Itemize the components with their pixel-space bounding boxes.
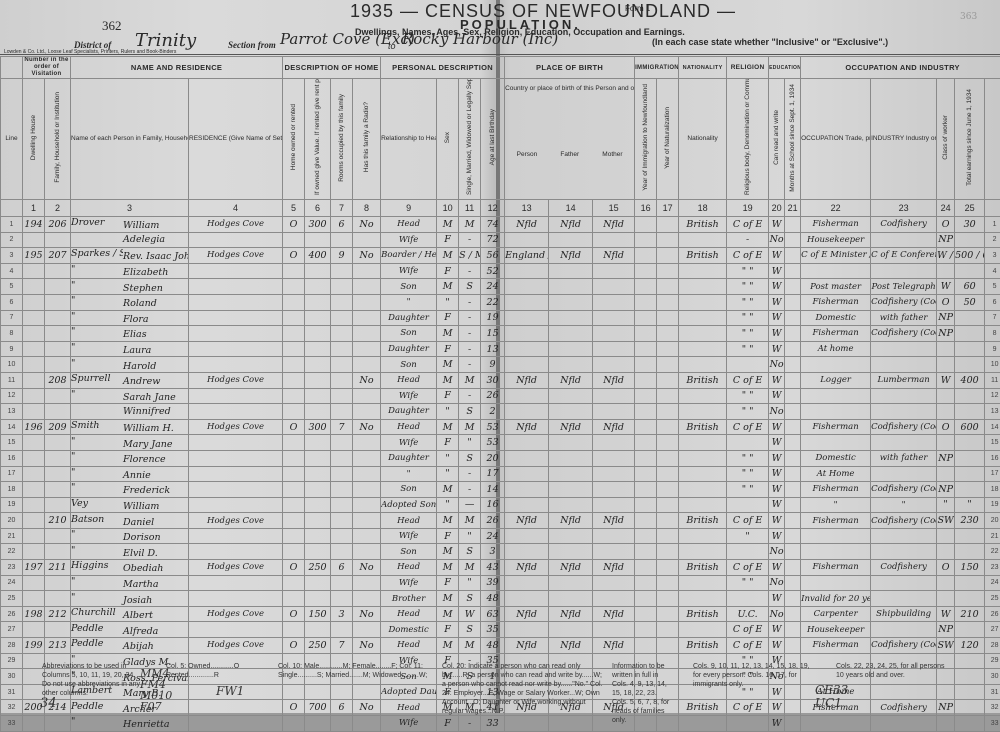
cell-c8 bbox=[353, 528, 381, 544]
cell-c6 bbox=[305, 497, 331, 513]
cell-c17 bbox=[657, 497, 679, 513]
cell-c7: 7 bbox=[331, 419, 353, 435]
person-name: VeyWilliam bbox=[71, 497, 189, 513]
cell-c20: W bbox=[769, 294, 785, 310]
cell-c22: Fisherman bbox=[801, 482, 871, 498]
cell-c11: " bbox=[459, 575, 481, 591]
group-visitation: Number in the order of Visitation bbox=[23, 57, 71, 79]
cell-c24 bbox=[937, 684, 955, 700]
column-number-row: 1 2 3 4 5 6 7 8 9 10 11 12 13 14 15 16 1… bbox=[1, 200, 1000, 217]
group-name-residence: NAME AND RESIDENCE bbox=[71, 57, 283, 79]
cell-c13 bbox=[505, 232, 549, 248]
person-name: Winnifred bbox=[71, 404, 189, 420]
cell-c24 bbox=[937, 357, 955, 373]
cell-c6 bbox=[305, 263, 331, 279]
cell-c11: - bbox=[459, 263, 481, 279]
cell-c14 bbox=[549, 294, 593, 310]
colnum-24: 24 bbox=[937, 200, 955, 217]
cell-c20: W bbox=[769, 497, 785, 513]
cell-c9: Wife bbox=[381, 388, 437, 404]
cell-c15: Nfld bbox=[593, 419, 635, 435]
cell-c7: 6 bbox=[331, 700, 353, 713]
surname: Spurrell bbox=[71, 373, 123, 384]
cell-c16 bbox=[635, 435, 657, 451]
cell-c15: Nfld bbox=[593, 638, 635, 654]
colnum-13: 13 bbox=[505, 200, 549, 217]
cell-c15 bbox=[593, 482, 635, 498]
line-number: 21 bbox=[1, 528, 23, 544]
cell-c17 bbox=[657, 560, 679, 576]
cell-c21 bbox=[785, 248, 801, 264]
cell-c25 bbox=[955, 684, 985, 700]
colnum-11: 11 bbox=[459, 200, 481, 217]
cell-c4 bbox=[189, 310, 283, 326]
cell-c25: 120 bbox=[955, 638, 985, 654]
cell-c13 bbox=[505, 263, 549, 279]
table-row: 26198212ChurchillAlbertHodges CoveO1503N… bbox=[1, 606, 1000, 622]
cell-c8: No bbox=[353, 372, 381, 388]
group-religion: RELIGION bbox=[727, 57, 769, 79]
cell-c13 bbox=[505, 575, 549, 591]
person-name: "Sarah Jane bbox=[71, 388, 189, 404]
cell-c11: - bbox=[459, 388, 481, 404]
cell-c17 bbox=[657, 310, 679, 326]
cell-c15 bbox=[593, 544, 635, 560]
colnum-25: 25 bbox=[955, 200, 985, 217]
cell-c1 bbox=[23, 450, 45, 466]
cell-c24: O bbox=[937, 419, 955, 435]
cell-c11: - bbox=[459, 341, 481, 357]
surname: " bbox=[71, 358, 123, 369]
col-8: Has this family a Radio? bbox=[353, 79, 381, 200]
cell-c14 bbox=[549, 404, 593, 420]
cell-c19: C of E bbox=[727, 372, 769, 388]
cell-c6 bbox=[305, 357, 331, 373]
cell-c20: No bbox=[769, 357, 785, 373]
cell-c1 bbox=[23, 388, 45, 404]
cell-c10: " bbox=[437, 404, 459, 420]
cell-c22: Fisherman bbox=[801, 513, 871, 529]
cell-c2 bbox=[45, 482, 71, 498]
cell-c25 bbox=[955, 404, 985, 420]
cell-c16 bbox=[635, 217, 657, 233]
cell-c20: No bbox=[769, 606, 785, 622]
cell-c12: 22 bbox=[481, 294, 505, 310]
cell-c6 bbox=[305, 622, 331, 638]
cell-c8 bbox=[353, 310, 381, 326]
cell-c2 bbox=[45, 263, 71, 279]
group-birth: PLACE OF BIRTH bbox=[505, 57, 635, 79]
cell-c9: Adopted Son bbox=[381, 497, 437, 513]
cell-c24: NP bbox=[937, 310, 955, 326]
cell-c11: " bbox=[459, 528, 481, 544]
surname: " bbox=[71, 342, 123, 353]
cell-c5: O bbox=[283, 606, 305, 622]
cell-c7 bbox=[331, 404, 353, 420]
cell-c20: W bbox=[769, 263, 785, 279]
cell-c9: Head bbox=[381, 372, 437, 388]
cell-c7 bbox=[331, 310, 353, 326]
cell-c22 bbox=[801, 357, 871, 373]
cell-c14 bbox=[549, 622, 593, 638]
cell-c23 bbox=[871, 435, 937, 451]
cell-c11: - bbox=[459, 310, 481, 326]
cell-c21 bbox=[785, 513, 801, 529]
cell-c8 bbox=[353, 263, 381, 279]
cell-c19: C of E bbox=[727, 248, 769, 264]
surname: Drover bbox=[71, 217, 123, 228]
given-name: Stephen bbox=[123, 283, 163, 294]
cell-c17 bbox=[657, 606, 679, 622]
cell-c1 bbox=[23, 513, 45, 529]
surname: Peddle bbox=[71, 623, 123, 634]
cell-c6 bbox=[305, 513, 331, 529]
surname: " bbox=[71, 545, 123, 556]
cell-c7: 3 bbox=[331, 606, 353, 622]
line-number-right: 15 bbox=[985, 435, 1000, 451]
cell-c16 bbox=[635, 404, 657, 420]
given-name: Roland bbox=[123, 298, 157, 309]
cell-c5: O bbox=[283, 638, 305, 654]
cell-c7 bbox=[331, 591, 353, 607]
cell-c7 bbox=[331, 450, 353, 466]
cell-c4 bbox=[189, 700, 283, 713]
cell-c25 bbox=[955, 450, 985, 466]
colnum-line bbox=[1, 200, 23, 217]
col-13-label: Person bbox=[517, 151, 538, 159]
line-number: 7 bbox=[1, 310, 23, 326]
col-23: INDUSTRY Industry or Business in which e… bbox=[871, 79, 937, 200]
cell-c7: 7 bbox=[331, 638, 353, 654]
cell-c1 bbox=[23, 482, 45, 498]
cell-c19: C of E bbox=[727, 217, 769, 233]
line-number: 28 bbox=[1, 638, 23, 654]
cell-c25 bbox=[955, 435, 985, 451]
cell-c12: 35 bbox=[481, 622, 505, 638]
cell-c15 bbox=[593, 450, 635, 466]
table-row: 6"Roland""-22" "WFishermanCodfishery (Co… bbox=[1, 294, 1000, 310]
cell-c1 bbox=[23, 591, 45, 607]
cell-c23 bbox=[871, 575, 937, 591]
cell-c4 bbox=[189, 450, 283, 466]
cell-c2 bbox=[45, 591, 71, 607]
cell-c22: Domestic bbox=[801, 450, 871, 466]
surname: " bbox=[71, 389, 123, 400]
cell-c7 bbox=[331, 466, 353, 482]
cell-c14: Nfld bbox=[549, 372, 593, 388]
cell-c17 bbox=[657, 466, 679, 482]
cell-c24 bbox=[937, 388, 955, 404]
cell-c25 bbox=[955, 388, 985, 404]
line-number: 24 bbox=[1, 575, 23, 591]
cell-c19 bbox=[727, 591, 769, 607]
cell-c2 bbox=[45, 310, 71, 326]
cell-c13 bbox=[505, 435, 549, 451]
line-number-right: 26 bbox=[985, 606, 1000, 622]
line-number: 13 bbox=[1, 404, 23, 420]
cell-c11: M bbox=[459, 560, 481, 576]
given-name: Alfreda bbox=[123, 626, 158, 637]
cell-c24 bbox=[937, 466, 955, 482]
col-line: Line bbox=[1, 79, 23, 200]
table-row: 20210BatsonDanielHodges CoveHeadMM26Nfld… bbox=[1, 513, 1000, 529]
cell-c1 bbox=[23, 435, 45, 451]
table-row: 16"FlorenceDaughter"S20" "WDomesticwith … bbox=[1, 450, 1000, 466]
cell-c8 bbox=[353, 326, 381, 342]
cell-c12: 63 bbox=[481, 606, 505, 622]
cell-c23 bbox=[871, 341, 937, 357]
cell-c15 bbox=[593, 279, 635, 295]
table-row: 3195207Sparkes / SmithRev. Isaac JohnHod… bbox=[1, 248, 1000, 264]
cell-c4: Hodges Cove bbox=[189, 217, 283, 233]
cell-c15 bbox=[593, 357, 635, 373]
cell-c24: NP bbox=[937, 232, 955, 248]
cell-c20: W bbox=[769, 638, 785, 654]
line-number-right: 17 bbox=[985, 466, 1000, 482]
line-number: 16 bbox=[1, 450, 23, 466]
footer-col20-24: Col. 20: Indicate a person who can read … bbox=[442, 662, 607, 713]
cell-c17 bbox=[657, 482, 679, 498]
cell-c24: W / O bbox=[937, 248, 955, 264]
cell-c6 bbox=[305, 482, 331, 498]
cell-c8 bbox=[353, 575, 381, 591]
cell-c13 bbox=[505, 341, 549, 357]
cell-c24 bbox=[937, 591, 955, 607]
cell-c6 bbox=[305, 466, 331, 482]
cell-c22: Housekeeper bbox=[801, 232, 871, 248]
cell-c24: O bbox=[937, 217, 955, 233]
cell-c2: 207 bbox=[45, 248, 71, 264]
cell-c1 bbox=[23, 294, 45, 310]
cell-c22: C of E Minister / Fisherman bbox=[801, 248, 871, 264]
cell-c17 bbox=[657, 591, 679, 607]
cell-c13 bbox=[505, 544, 549, 560]
cell-c19 bbox=[727, 544, 769, 560]
cell-c16 bbox=[635, 419, 657, 435]
cell-c12: 17 bbox=[481, 466, 505, 482]
cell-c6: 300 bbox=[305, 217, 331, 233]
cell-c4 bbox=[189, 591, 283, 607]
cell-c20: W bbox=[769, 248, 785, 264]
cell-c14 bbox=[549, 482, 593, 498]
cell-c19: " " bbox=[727, 341, 769, 357]
cell-c8 bbox=[353, 450, 381, 466]
cell-c7 bbox=[331, 544, 353, 560]
tally-note-corner: 34 bbox=[40, 696, 57, 711]
cell-c13 bbox=[505, 450, 549, 466]
cell-c13: Nfld bbox=[505, 606, 549, 622]
line-number-right: 1 bbox=[985, 217, 1000, 233]
cell-c19: C of E bbox=[727, 622, 769, 638]
cell-c25: 30 bbox=[955, 217, 985, 233]
cell-c12: 24 bbox=[481, 528, 505, 544]
colnum-18: 18 bbox=[679, 200, 727, 217]
cell-c12: 19 bbox=[481, 310, 505, 326]
cell-c18: British bbox=[679, 606, 727, 622]
cell-c20: W bbox=[769, 513, 785, 529]
line-number-right: 21 bbox=[985, 528, 1000, 544]
person-name: "Elias bbox=[71, 326, 189, 342]
cell-c25 bbox=[955, 669, 985, 685]
page-number: 362 bbox=[102, 18, 122, 34]
col-11: Single, Married, Widowed or Legally Sepa… bbox=[459, 79, 481, 200]
cell-c1 bbox=[23, 357, 45, 373]
cell-c24 bbox=[937, 544, 955, 560]
colnum-20: 20 bbox=[769, 200, 785, 217]
cell-c16 bbox=[635, 591, 657, 607]
footer-cols-10yrs: Cols. 22, 23, 24, 25, for all persons 10… bbox=[836, 662, 946, 680]
cell-c1 bbox=[23, 497, 45, 513]
cell-c24: SW bbox=[937, 638, 955, 654]
line-number-right: 12 bbox=[985, 388, 1000, 404]
cell-c22: Fisherman bbox=[801, 419, 871, 435]
surname: Batson bbox=[71, 514, 123, 525]
col-13-15: Country or place of birth of this Person… bbox=[505, 79, 635, 200]
line-number-right: 10 bbox=[985, 357, 1000, 373]
surname: " bbox=[71, 311, 123, 322]
cell-c10: F bbox=[437, 232, 459, 248]
cell-c2 bbox=[45, 622, 71, 638]
cell-c2 bbox=[45, 544, 71, 560]
cell-c5 bbox=[283, 466, 305, 482]
cell-c13: Nfld bbox=[505, 217, 549, 233]
cell-c10: M bbox=[437, 419, 459, 435]
line-number-right: 31 bbox=[985, 684, 1000, 700]
given-name: Adelegia bbox=[123, 234, 165, 245]
line-number-right: 14 bbox=[985, 419, 1000, 435]
cell-c25 bbox=[955, 357, 985, 373]
line-number-right: 8 bbox=[985, 326, 1000, 342]
cell-c13 bbox=[505, 326, 549, 342]
cell-c17 bbox=[657, 341, 679, 357]
cell-c14 bbox=[549, 450, 593, 466]
cell-c25: 600 bbox=[955, 419, 985, 435]
cell-c10: F bbox=[437, 310, 459, 326]
cell-c21 bbox=[785, 279, 801, 295]
cell-c19: " " bbox=[727, 310, 769, 326]
cell-c6 bbox=[305, 310, 331, 326]
cell-c12: 24 bbox=[481, 279, 505, 295]
cell-c4 bbox=[189, 528, 283, 544]
cell-c12: 30 bbox=[481, 372, 505, 388]
cell-c10: M bbox=[437, 279, 459, 295]
cell-c16 bbox=[635, 622, 657, 638]
colnum-17: 17 bbox=[657, 200, 679, 217]
cell-c4 bbox=[189, 622, 283, 638]
cell-c23 bbox=[871, 404, 937, 420]
cell-c17 bbox=[657, 544, 679, 560]
cell-c8 bbox=[353, 466, 381, 482]
cell-c12: 39 bbox=[481, 575, 505, 591]
cell-c21 bbox=[785, 450, 801, 466]
cell-c14 bbox=[549, 279, 593, 295]
colnum-16: 16 bbox=[635, 200, 657, 217]
cell-c19: " " bbox=[727, 482, 769, 498]
table-row: 25"JosiahBrotherMS48WInvalid for 20 year… bbox=[1, 591, 1000, 607]
cell-c21 bbox=[785, 497, 801, 513]
cell-c24: W bbox=[937, 279, 955, 295]
col-4: RESIDENCE (Give Name of Settlement. In T… bbox=[189, 79, 283, 200]
cell-c1 bbox=[23, 575, 45, 591]
cell-c19: " " bbox=[727, 388, 769, 404]
cell-c5 bbox=[283, 482, 305, 498]
cell-c18 bbox=[679, 622, 727, 638]
cell-c2 bbox=[45, 341, 71, 357]
cell-c4 bbox=[189, 388, 283, 404]
cell-c11: W bbox=[459, 606, 481, 622]
cell-c22: Fisherman bbox=[801, 326, 871, 342]
cell-c23: Codfishery (Cod) bbox=[871, 482, 937, 498]
cell-c20: W bbox=[769, 341, 785, 357]
cell-c22: Domestic bbox=[801, 310, 871, 326]
cell-c23: Codfishery (Cod) bbox=[871, 294, 937, 310]
cell-c13 bbox=[505, 310, 549, 326]
cell-c12: 74 bbox=[481, 217, 505, 233]
cell-c14: Nfld bbox=[549, 248, 593, 264]
cell-c20: W bbox=[769, 419, 785, 435]
cell-c15 bbox=[593, 310, 635, 326]
col-16: Year of Immigration to Newfoundland bbox=[635, 79, 657, 200]
cell-c5 bbox=[283, 404, 305, 420]
cell-c18 bbox=[679, 310, 727, 326]
cell-c21 bbox=[785, 404, 801, 420]
cell-c11: - bbox=[459, 482, 481, 498]
cell-c25: 150 bbox=[955, 560, 985, 576]
cell-c17 bbox=[657, 419, 679, 435]
cell-c5 bbox=[283, 294, 305, 310]
cell-c16 bbox=[635, 279, 657, 295]
surname: Peddle bbox=[71, 638, 123, 649]
cell-c17 bbox=[657, 263, 679, 279]
cell-c25 bbox=[955, 232, 985, 248]
line-number: 10 bbox=[1, 357, 23, 373]
cell-c4 bbox=[189, 326, 283, 342]
cell-c8 bbox=[353, 388, 381, 404]
cell-c9: " bbox=[381, 294, 437, 310]
cell-c25: 400 bbox=[955, 372, 985, 388]
cell-c2 bbox=[45, 232, 71, 248]
cell-c21 bbox=[785, 638, 801, 654]
cell-c25 bbox=[955, 528, 985, 544]
cell-c23 bbox=[871, 232, 937, 248]
cell-c10: M bbox=[437, 513, 459, 529]
cell-c1 bbox=[23, 341, 45, 357]
cell-c7 bbox=[331, 372, 353, 388]
cell-c25 bbox=[955, 622, 985, 638]
cell-c11: S bbox=[459, 279, 481, 295]
cell-c5 bbox=[283, 528, 305, 544]
cell-c11: S bbox=[459, 622, 481, 638]
cell-c19: " " bbox=[727, 575, 769, 591]
cell-c22 bbox=[801, 528, 871, 544]
cell-c16 bbox=[635, 263, 657, 279]
line-number-right: 23 bbox=[985, 560, 1000, 576]
cell-c12: 48 bbox=[481, 638, 505, 654]
cell-c21 bbox=[785, 466, 801, 482]
cell-c2 bbox=[45, 294, 71, 310]
cell-c12: 13 bbox=[481, 341, 505, 357]
cell-c12: 16 bbox=[481, 497, 505, 513]
cell-c20: W bbox=[769, 466, 785, 482]
cell-c5 bbox=[283, 310, 305, 326]
person-name: "Frederick bbox=[71, 482, 189, 498]
given-name: Laura bbox=[123, 345, 151, 356]
cell-c11: M bbox=[459, 217, 481, 233]
cell-c1: 196 bbox=[23, 419, 45, 435]
cell-c14 bbox=[549, 326, 593, 342]
table-row: 27PeddleAlfredaDomesticFS35C of EWHousek… bbox=[1, 622, 1000, 638]
cell-c24: O bbox=[937, 294, 955, 310]
